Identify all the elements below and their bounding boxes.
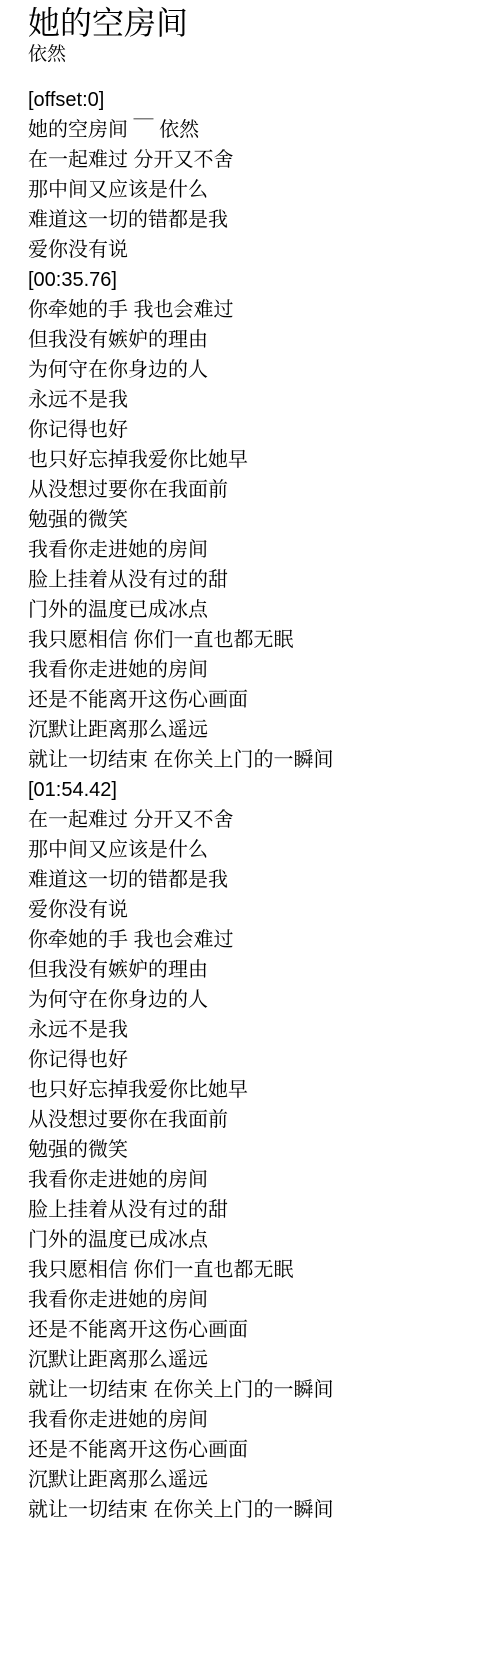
lyric-line: 我看你走进她的房间 (28, 1285, 480, 1315)
lyric-line: 在一起难过 分开又不舍 (28, 805, 480, 835)
lyric-line: 难道这一切的错都是我 (28, 865, 480, 895)
lyric-line: 脸上挂着从没有过的甜 (28, 565, 480, 595)
lyric-line: 就让一切结束 在你关上门的一瞬间 (28, 745, 480, 775)
lyric-line: 永远不是我 (28, 385, 480, 415)
lyric-line: 就让一切结束 在你关上门的一瞬间 (28, 1495, 480, 1525)
lyric-line: 沉默让距离那么遥远 (28, 715, 480, 745)
lyric-line: 沉默让距离那么遥远 (28, 1345, 480, 1375)
lyric-line: 我看你走进她的房间 (28, 655, 480, 685)
lrc-tag-line: [offset:0] (28, 85, 480, 115)
lyric-line: 难道这一切的错都是我 (28, 205, 480, 235)
lyrics-page: 她的空房间 依然 [offset:0]她的空房间 ￣ 依然在一起难过 分开又不舍… (0, 0, 500, 1525)
lyric-line: 那中间又应该是什么 (28, 175, 480, 205)
lyric-line: 你记得也好 (28, 1045, 480, 1075)
lyric-line: 我只愿相信 你们一直也都无眠 (28, 1255, 480, 1285)
lyric-line: 沉默让距离那么遥远 (28, 1465, 480, 1495)
lyric-line: 为何守在你身边的人 (28, 985, 480, 1015)
lyric-line: 但我没有嫉妒的理由 (28, 955, 480, 985)
lyric-line: 还是不能离开这伤心画面 (28, 1435, 480, 1465)
lrc-tag-line: [00:35.76] (28, 265, 480, 295)
lyric-line: 她的空房间 ￣ 依然 (28, 115, 480, 145)
lyric-line: 从没想过要你在我面前 (28, 475, 480, 505)
lyric-line: 也只好忘掉我爱你比她早 (28, 445, 480, 475)
lyric-line: 永远不是我 (28, 1015, 480, 1045)
lyric-line: 但我没有嫉妒的理由 (28, 325, 480, 355)
lyric-line: 还是不能离开这伤心画面 (28, 685, 480, 715)
lyrics-body: [offset:0]她的空房间 ￣ 依然在一起难过 分开又不舍那中间又应该是什么… (28, 85, 480, 1525)
lyric-line: 你牵她的手 我也会难过 (28, 925, 480, 955)
lyric-line: 你记得也好 (28, 415, 480, 445)
artist-name: 依然 (28, 43, 480, 67)
lyric-line: 在一起难过 分开又不舍 (28, 145, 480, 175)
lyric-line: 为何守在你身边的人 (28, 355, 480, 385)
lyric-line: 你牵她的手 我也会难过 (28, 295, 480, 325)
lyric-line: 还是不能离开这伤心画面 (28, 1315, 480, 1345)
lyric-line: 从没想过要你在我面前 (28, 1105, 480, 1135)
lyric-line: 也只好忘掉我爱你比她早 (28, 1075, 480, 1105)
lyric-line: 我看你走进她的房间 (28, 1165, 480, 1195)
lyric-line: 我看你走进她的房间 (28, 535, 480, 565)
lyric-line: 门外的温度已成冰点 (28, 1225, 480, 1255)
lyric-line: 勉强的微笑 (28, 1135, 480, 1165)
lyric-line: 脸上挂着从没有过的甜 (28, 1195, 480, 1225)
lyric-line: 我看你走进她的房间 (28, 1405, 480, 1435)
lyric-line: 就让一切结束 在你关上门的一瞬间 (28, 1375, 480, 1405)
lyric-line: 那中间又应该是什么 (28, 835, 480, 865)
lyric-line: 爱你没有说 (28, 235, 480, 265)
lyric-line: 勉强的微笑 (28, 505, 480, 535)
lyric-line: 爱你没有说 (28, 895, 480, 925)
lrc-tag-line: [01:54.42] (28, 775, 480, 805)
lyric-line: 门外的温度已成冰点 (28, 595, 480, 625)
lyric-line: 我只愿相信 你们一直也都无眠 (28, 625, 480, 655)
page-title: 她的空房间 (28, 4, 480, 42)
